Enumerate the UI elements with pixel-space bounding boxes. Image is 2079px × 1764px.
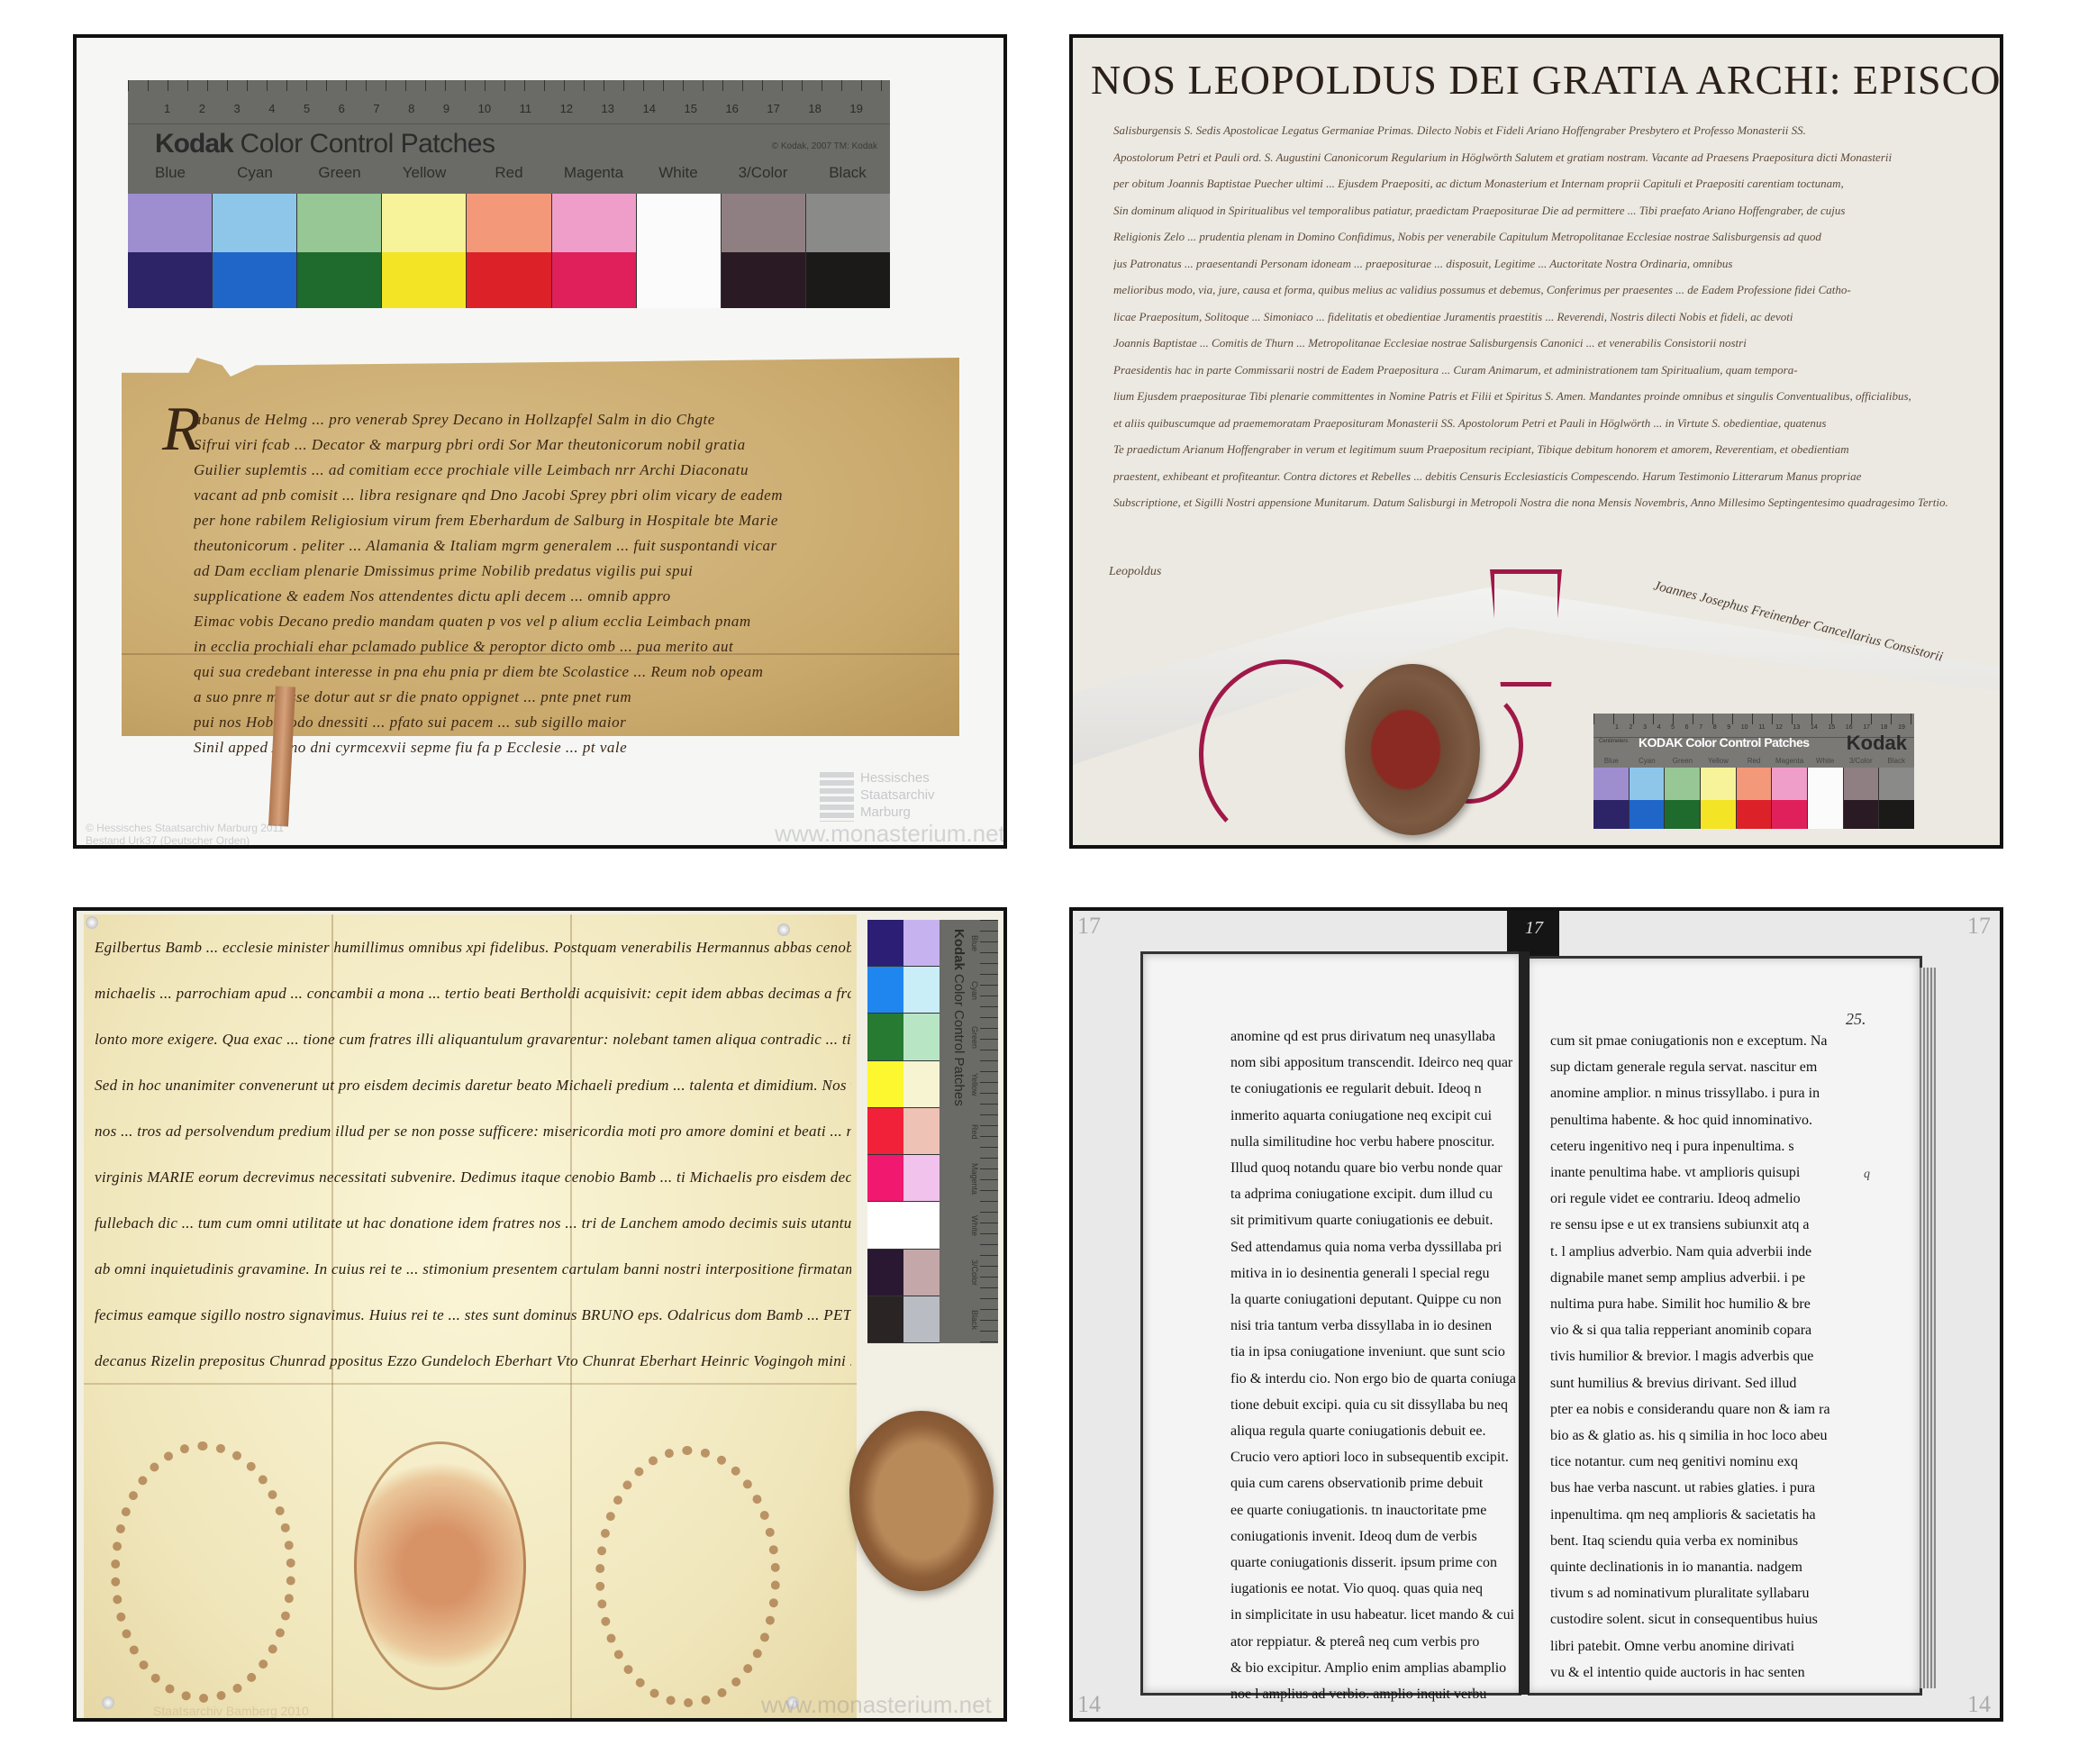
kodak-logo: Kodak bbox=[155, 129, 233, 159]
patch-label: Blue bbox=[1593, 757, 1630, 765]
patch-label: 3/Color bbox=[1843, 757, 1879, 765]
text-line: bent. Itaq sciendu quia verba ex nominib… bbox=[1550, 1528, 1843, 1554]
color-patch bbox=[867, 920, 903, 967]
text-line: t. l amplius adverbio. Nam quia adverbii… bbox=[1550, 1239, 1843, 1265]
text-line: Guilier suplemtis ... ad comitiam ecce p… bbox=[194, 458, 896, 483]
patch-label: Cyan bbox=[965, 967, 979, 1014]
color-patch bbox=[1665, 800, 1701, 829]
ruler-tick-label: 17 bbox=[767, 102, 779, 122]
ruler-tick-label: 9 bbox=[443, 102, 449, 122]
text-line: dignabile manet semp amplius adverbii. i… bbox=[1550, 1265, 1843, 1291]
patch-label: Black bbox=[1879, 757, 1915, 765]
kodak-title: Kodak Color Control Patches bbox=[945, 929, 967, 1334]
left-page-text: anomine qd est prus dirivatum neq unasyl… bbox=[1230, 1023, 1523, 1707]
text-line: re sensu ipse e ut ex transiens subiunxi… bbox=[1550, 1212, 1843, 1238]
panel-charter-salzburg: NOS LEOPOLDUS DEI GRATIA ARCHI: EPISCOPU… bbox=[1069, 34, 2003, 849]
color-patch bbox=[1701, 768, 1737, 800]
watermark-archive: © Hessisches Staatsarchiv Marburg 2011 bbox=[86, 822, 284, 834]
text-line: Religionis Zelo ... prudentia plenam in … bbox=[1113, 223, 1978, 250]
patch-labels: BlueCyanGreenYellowRedMagentaWhite3/Colo… bbox=[128, 164, 890, 182]
color-patch bbox=[722, 194, 806, 252]
color-patch bbox=[867, 1014, 903, 1060]
panel-manuscript-codex: 17 17 14 14 17 25. q anomine qd est prus… bbox=[1069, 907, 2003, 1722]
logo-line: Marburg bbox=[860, 804, 935, 821]
text-line: theutonicorum . peliter ... Alamania & I… bbox=[194, 533, 896, 559]
mounting-pin bbox=[102, 1696, 114, 1709]
text-line: per obitum Joannis Baptistae Puecher ult… bbox=[1113, 170, 1978, 197]
color-patch bbox=[297, 194, 382, 252]
document-title: NOS LEOPOLDUS DEI GRATIA ARCHI: EPISCOPU… bbox=[1091, 56, 2003, 104]
logo-line: Staatsarchiv bbox=[860, 787, 935, 804]
charter-text: Salisburgensis S. Sedis Apostolicae Lega… bbox=[1113, 117, 1978, 516]
text-line: michaelis ... parrochiam apud ... concam… bbox=[95, 970, 851, 1016]
spine-mark: 17 bbox=[1525, 918, 1543, 939]
color-patch bbox=[1737, 800, 1773, 829]
text-line: in simplicitate in usu habeatur. licet m… bbox=[1230, 1602, 1523, 1628]
patch-label: 3/Color bbox=[721, 164, 805, 182]
patch-row-light bbox=[1593, 768, 1914, 800]
kodak-title: KODAK Color Control Patches bbox=[1639, 735, 1810, 750]
color-patch bbox=[552, 194, 637, 252]
text-line: nos ... tros ad persolvendum predium ill… bbox=[95, 1108, 851, 1154]
text-line: inpenultima. qm neq amplioris & sacietat… bbox=[1550, 1502, 1843, 1528]
ruler-tick-label: 15 bbox=[684, 102, 696, 122]
watermark-url: www.monasterium.net bbox=[761, 1691, 992, 1719]
text-line: fio & interdu cio. Non ergo bio de quart… bbox=[1230, 1366, 1523, 1392]
text-line: Apostolorum Petri et Pauli ord. S. Augus… bbox=[1113, 144, 1978, 171]
text-line: tice notantur. cum neq genitivi nominu e… bbox=[1550, 1449, 1843, 1475]
color-patch bbox=[213, 194, 297, 252]
text-line: pui nos Hob modo dnessiti ... pfato sui … bbox=[194, 710, 896, 735]
text-line: abanus de Helmg ... pro venerab Sprey De… bbox=[194, 407, 896, 432]
charter-text: Egilbertus Bamb ... ecclesie minister hu… bbox=[95, 924, 851, 1384]
text-line: iugationis ee notat. Vio quoq. quas quia… bbox=[1230, 1576, 1523, 1602]
color-patch bbox=[1593, 768, 1630, 800]
color-patch bbox=[867, 1202, 903, 1249]
wax-seal-pointed-oval bbox=[849, 1411, 994, 1591]
text-line: quia cum carens observationib prime debu… bbox=[1230, 1470, 1523, 1496]
text-line: fullebach dic ... tum cum omni utilitate… bbox=[95, 1200, 851, 1246]
text-line: Crucio vero aptiori loco in subsequentib… bbox=[1230, 1444, 1523, 1470]
seal-stain-ring bbox=[595, 1446, 780, 1707]
text-line: Sifrui viri fcab ... Decator & marpurg p… bbox=[194, 432, 896, 458]
seal-stain-ring bbox=[111, 1441, 295, 1703]
color-patch bbox=[1630, 800, 1666, 829]
corner-mark: 14 bbox=[1077, 1691, 1101, 1718]
ruler-tick-label: 12 bbox=[560, 102, 573, 122]
color-patch bbox=[213, 252, 297, 308]
text-line: ceteru ingenitivo neq i pura inpenultima… bbox=[1550, 1133, 1843, 1159]
text-line: inante penultima habe. vt amplioris quis… bbox=[1550, 1159, 1843, 1186]
text-line: penultima habente. & hoc quid innominati… bbox=[1550, 1107, 1843, 1133]
panel-charter-bamberg: Egilbertus Bamb ... ecclesie minister hu… bbox=[73, 907, 1007, 1722]
corner-mark: 17 bbox=[1967, 913, 1991, 940]
color-patch bbox=[867, 1108, 903, 1155]
color-patch bbox=[903, 967, 940, 1014]
color-patch bbox=[297, 252, 382, 308]
text-line: Illud quoq notandu quare bio verbu nonde… bbox=[1230, 1155, 1523, 1181]
text-line: te coniugationis ee regularit debuit. Id… bbox=[1230, 1076, 1523, 1102]
text-line: supplicatione & eadem Nos attendentes di… bbox=[194, 584, 896, 609]
ruler-tick-label: 1 bbox=[164, 102, 170, 122]
patch-label: White bbox=[1807, 757, 1843, 765]
color-patch bbox=[1879, 768, 1914, 800]
color-patch bbox=[903, 1014, 940, 1060]
color-patch bbox=[1701, 800, 1737, 829]
color-patch bbox=[867, 1061, 903, 1108]
color-patch bbox=[1772, 800, 1808, 829]
patch-label: Red bbox=[965, 1108, 979, 1155]
text-line: anomine amplior. n minus trissyllabo. i … bbox=[1550, 1080, 1843, 1106]
text-line: nulla similitudine hoc verbu habere pnos… bbox=[1230, 1129, 1523, 1155]
ruler-unit-label: Centimeters bbox=[1599, 739, 1628, 744]
text-line: tivis humilior & brevior. l magis adverb… bbox=[1550, 1343, 1843, 1369]
ruler-tick-label: 13 bbox=[1793, 724, 1801, 735]
patch-row-dark bbox=[128, 252, 890, 308]
color-patch bbox=[903, 920, 940, 967]
text-line: vacant ad pnb comisit ... libra resignar… bbox=[194, 483, 896, 508]
color-patch bbox=[637, 194, 722, 252]
text-line: Sinil apped Anno dni cyrmcexvii sepme fi… bbox=[194, 735, 896, 760]
color-patch bbox=[1737, 768, 1773, 800]
text-line: Joannis Baptistae ... Comitis de Thurn .… bbox=[1113, 330, 1978, 357]
patch-row-light bbox=[128, 194, 890, 252]
text-line: Te praedictum Arianum Hoffengraber in ve… bbox=[1113, 436, 1978, 463]
color-patch bbox=[722, 252, 806, 308]
text-line: tia in ipsa coniugatione inveniunt. que … bbox=[1230, 1339, 1523, 1365]
text-line: nultima pura habe. Similit hoc humilio &… bbox=[1550, 1291, 1843, 1317]
ruler-tick-label: 10 bbox=[478, 102, 491, 122]
wax-seal-capsule bbox=[1345, 664, 1480, 835]
color-patch bbox=[867, 1250, 903, 1296]
ruler-tick-label: 7 bbox=[373, 102, 379, 122]
ruler-tick-label: 3 bbox=[233, 102, 240, 122]
ruler-tick-label: 6 bbox=[339, 102, 345, 122]
patch-label: Red bbox=[1736, 757, 1772, 765]
text-line: tione debuit excipi. quia cu sit dissyll… bbox=[1230, 1392, 1523, 1418]
text-line: ad Dam eccliam plenarie Dmissimus prime … bbox=[194, 559, 896, 584]
ruler-ticks: 12345678910111213141516171819 bbox=[128, 102, 890, 122]
color-patch bbox=[1630, 768, 1666, 800]
color-patch bbox=[552, 252, 637, 308]
corner-mark: 14 bbox=[1967, 1691, 1991, 1718]
kodak-copyright: © Kodak, 2007 TM: Kodak bbox=[772, 141, 877, 151]
color-patch bbox=[467, 194, 551, 252]
patch-column-light bbox=[903, 920, 940, 1343]
text-line: Sed in hoc unanimiter convenerunt ut pro… bbox=[95, 1062, 851, 1108]
logo-line: Hessisches bbox=[860, 769, 935, 787]
text-line: nisi tria tantum verba dissyllaba in io … bbox=[1230, 1313, 1523, 1339]
patch-label: Cyan bbox=[1630, 757, 1666, 765]
patch-label: Blue bbox=[965, 920, 979, 967]
patch-label: Green bbox=[1665, 757, 1701, 765]
seal-stain-center bbox=[354, 1441, 526, 1690]
text-line: aliqua regula quarte coniugationis debui… bbox=[1230, 1418, 1523, 1444]
ruler-tick-label: 5 bbox=[304, 102, 310, 122]
ruler-tick-label: 7 bbox=[1699, 724, 1702, 735]
ruler: 12345678910111213141516171819 bbox=[128, 80, 890, 124]
hessen-coat-of-arms-icon bbox=[820, 772, 854, 822]
kodak-brand: Kodak Color Control Patches bbox=[155, 129, 495, 159]
text-line: Salisburgensis S. Sedis Apostolicae Lega… bbox=[1113, 117, 1978, 144]
color-patch bbox=[903, 1061, 940, 1108]
color-patch bbox=[382, 194, 467, 252]
ruler-tick-label: 11 bbox=[520, 102, 532, 122]
color-patch bbox=[903, 1108, 940, 1155]
text-line: la quarte coniugationi deputant. Quippe … bbox=[1230, 1287, 1523, 1313]
text-line: Eimac vobis Decano predio mandam quaten … bbox=[194, 609, 896, 634]
patch-label: Yellow bbox=[1701, 757, 1737, 765]
patch-label: Cyan bbox=[213, 164, 297, 182]
text-line: nom sibi appositum transcendit. Ideirco … bbox=[1230, 1050, 1523, 1076]
ruler-tick-label: 13 bbox=[602, 102, 614, 122]
ruler-tick-label: 3 bbox=[1643, 724, 1647, 735]
color-patch bbox=[806, 252, 890, 308]
text-line: per hone rabilem Religiosium virum frem … bbox=[194, 508, 896, 533]
patch-label: Magenta bbox=[965, 1155, 979, 1202]
text-line: qui sua credebant interesse in pna ehu p… bbox=[194, 659, 896, 685]
text-line: jus Patronatus ... praesentandi Personam… bbox=[1113, 250, 1978, 277]
ruler-tick-label: 1 bbox=[1615, 724, 1619, 735]
color-patch bbox=[1665, 768, 1701, 800]
text-line: Sin dominum aliquod in Spiritualibus vel… bbox=[1113, 197, 1978, 224]
text-line: cum sit pmae coniugationis non e exceptu… bbox=[1550, 1028, 1843, 1054]
text-line: noe l amplius ad verbio. amplio inquit v… bbox=[1230, 1681, 1523, 1707]
text-line: sup dictam generale regula servat. nasci… bbox=[1550, 1054, 1843, 1080]
ruler-tick-label: 12 bbox=[1775, 724, 1783, 735]
folio-number: 25. bbox=[1846, 1010, 1866, 1029]
color-patch bbox=[867, 967, 903, 1014]
ruler-tick-label: 16 bbox=[725, 102, 738, 122]
text-line: ta adprima coniugatione excipit. dum ill… bbox=[1230, 1181, 1523, 1207]
patch-label: Black bbox=[805, 164, 890, 182]
text-line: mitiva in io desinentia generali l speci… bbox=[1230, 1260, 1523, 1287]
color-patch bbox=[903, 1202, 940, 1249]
patch-label: Green bbox=[297, 164, 382, 182]
ruler-tick-label: 2 bbox=[199, 102, 205, 122]
patch-label: Green bbox=[965, 1014, 979, 1060]
text-line: Sed attendamus quia noma verba dyssillab… bbox=[1230, 1234, 1523, 1260]
text-line: libri patebit. Omne verbu anomine diriva… bbox=[1550, 1633, 1843, 1659]
ruler-tick-label: 19 bbox=[849, 102, 862, 122]
ruler-tick-label: 18 bbox=[808, 102, 821, 122]
color-patch bbox=[382, 252, 467, 308]
ruler bbox=[980, 920, 998, 1343]
ruler-tick-label: 4 bbox=[1657, 724, 1661, 735]
text-line: pter ea nobis e considerandu quare non &… bbox=[1550, 1396, 1843, 1423]
right-page-text: cum sit pmae coniugationis non e exceptu… bbox=[1550, 1028, 1843, 1686]
color-patch bbox=[806, 194, 890, 252]
text-line: ab omni inquietudinis gravamine. In cuiu… bbox=[95, 1246, 851, 1292]
color-patch bbox=[903, 1250, 940, 1296]
text-line: Subscriptione, et Sigilli Nostri appensi… bbox=[1113, 489, 1978, 516]
ruler-tick-label: 4 bbox=[268, 102, 275, 122]
color-patch bbox=[903, 1296, 940, 1343]
text-line: licae Praepositum, Solitoque ... Simonia… bbox=[1113, 304, 1978, 331]
text-line: a suo pnre mtesse dotur aut sr die pnato… bbox=[194, 685, 896, 710]
color-patch bbox=[1808, 800, 1844, 829]
text-line: coniugationis invenit. Ideoq dum de verb… bbox=[1230, 1523, 1523, 1550]
color-patch bbox=[867, 1155, 903, 1202]
text-line: ori regule videt ee contrariu. Ideoq adm… bbox=[1550, 1186, 1843, 1212]
signature-leopold: Leopoldus bbox=[1109, 565, 1161, 579]
text-line: bio as & glatio as. his q similia in hoc… bbox=[1550, 1423, 1843, 1449]
color-patch bbox=[637, 252, 722, 308]
text-line: quarte coniugationis disserit. ipsum pri… bbox=[1230, 1550, 1523, 1576]
text-line: bus hae verba nascunt. ut rabies glaties… bbox=[1550, 1475, 1843, 1501]
kodak-color-strip: 12345678910111213141516171819 Centimeter… bbox=[1593, 714, 1914, 829]
color-patch bbox=[1593, 800, 1630, 829]
watermark-url: www.monasterium.net bbox=[775, 820, 1005, 848]
patch-label: Magenta bbox=[551, 164, 636, 182]
corner-mark: 17 bbox=[1077, 913, 1101, 940]
text-line: fecimus eamque sigillo nostro signavimus… bbox=[95, 1292, 851, 1338]
patch-label: Black bbox=[965, 1296, 979, 1343]
patch-labels: BlueCyanGreenYellowRedMagentaWhite3/Colo… bbox=[1593, 757, 1914, 765]
ruler-tick-label: 15 bbox=[1828, 724, 1835, 735]
silk-cord-loop bbox=[1490, 569, 1562, 687]
patch-label: Blue bbox=[128, 164, 213, 182]
text-line: tivum s ad nominativum pluralitate sylla… bbox=[1550, 1580, 1843, 1606]
ruler-tick-label: 8 bbox=[1713, 724, 1717, 735]
text-line: quinte declinationis in io manantia. nad… bbox=[1550, 1554, 1843, 1580]
color-patch bbox=[1808, 768, 1844, 800]
patch-label: Magenta bbox=[1772, 757, 1808, 765]
patch-row-dark bbox=[1593, 800, 1914, 829]
color-patch bbox=[128, 194, 213, 252]
text-line: anomine qd est prus dirivatum neq unasyl… bbox=[1230, 1023, 1523, 1050]
color-patch bbox=[128, 252, 213, 308]
text-line: ator reppiatur. & ptereâ neq cum verbis … bbox=[1230, 1629, 1523, 1655]
patch-label: White bbox=[636, 164, 721, 182]
patch-labels: BlueCyanGreenYellowRedMagentaWhite3/Colo… bbox=[965, 920, 979, 1343]
text-line: vio & si qua talia repperiant anominib c… bbox=[1550, 1317, 1843, 1343]
text-line: inmerito aquarta coniugatione neq excipi… bbox=[1230, 1103, 1523, 1129]
text-line: melioribus modo, via, jure, causa et for… bbox=[1113, 277, 1978, 304]
text-line: lonto more exigere. Qua exac ... tione c… bbox=[95, 1016, 851, 1062]
text-line: sit primitivum quarte coniugationis ee d… bbox=[1230, 1207, 1523, 1233]
patch-label: 3/Color bbox=[965, 1250, 979, 1296]
patch-column-dark bbox=[867, 920, 903, 1343]
kodak-color-strip: 12345678910111213141516171819 Kodak Colo… bbox=[128, 80, 890, 308]
watermark-logo-text: Hessisches Staatsarchiv Marburg bbox=[860, 769, 935, 821]
text-line: praestent, exhibeant et profiteantur. Co… bbox=[1113, 463, 1978, 490]
text-line: vu & el intentio quide auctoris in hac s… bbox=[1550, 1659, 1843, 1686]
text-line: sunt humilius & brevius dirivant. Sed il… bbox=[1550, 1370, 1843, 1396]
ruler-tick-label: 5 bbox=[1671, 724, 1675, 735]
color-patch bbox=[1844, 768, 1880, 800]
text-line: et aliis quibuscumque ad praememoratam P… bbox=[1113, 410, 1978, 437]
watermark-fond: Bestand Urk37 (Deutscher Orden) bbox=[86, 834, 250, 847]
charter-text: abanus de Helmg ... pro venerab Sprey De… bbox=[194, 407, 896, 760]
kodak-title: Color Control Patches bbox=[233, 129, 495, 159]
patch-label: Yellow bbox=[382, 164, 467, 182]
margin-note: q bbox=[1864, 1168, 1870, 1182]
color-patch bbox=[1772, 768, 1808, 800]
kodak-logo: Kodak bbox=[1847, 732, 1907, 755]
text-line: decanus Rizelin prepositus Chunrad pposi… bbox=[95, 1338, 851, 1384]
text-line: & bio excipitur. Amplio enim amplias aba… bbox=[1230, 1655, 1523, 1681]
ruler-tick-label: 2 bbox=[1630, 724, 1633, 735]
patch-label: White bbox=[965, 1202, 979, 1249]
color-patch bbox=[867, 1296, 903, 1343]
text-line: Egilbertus Bamb ... ecclesie minister hu… bbox=[95, 924, 851, 970]
watermark-archive: Staatsarchiv Bamberg 2010 bbox=[153, 1704, 309, 1718]
text-line: lium Ejusdem praepositurae Tibi plenarie… bbox=[1113, 383, 1978, 410]
ruler-tick-label: 6 bbox=[1685, 724, 1689, 735]
text-line: Praesidentis hac in parte Commissarii no… bbox=[1113, 357, 1978, 384]
color-patch bbox=[903, 1155, 940, 1202]
color-patch bbox=[1879, 800, 1914, 829]
ruler-tick-label: 11 bbox=[1758, 724, 1765, 735]
panel-charter-marburg: 12345678910111213141516171819 Kodak Colo… bbox=[73, 34, 1007, 849]
color-patch bbox=[467, 252, 551, 308]
ruler-tick-label: 14 bbox=[643, 102, 656, 122]
text-line: custodire solent. sicut in consequentibu… bbox=[1550, 1606, 1843, 1632]
ruler-tick-label: 10 bbox=[1741, 724, 1748, 735]
text-line: in ecclia prochiali ehar pclamado public… bbox=[194, 634, 896, 659]
color-patch bbox=[1844, 800, 1880, 829]
patch-label: Yellow bbox=[965, 1061, 979, 1108]
ruler-tick-label: 9 bbox=[1727, 724, 1730, 735]
text-line: ee quarte coniugationis. tn inauctoritat… bbox=[1230, 1497, 1523, 1523]
patch-label: Red bbox=[467, 164, 551, 182]
kodak-color-strip-vertical: Kodak Color Control Patches BlueCyanGree… bbox=[867, 920, 998, 1343]
ruler-tick-label: 14 bbox=[1811, 724, 1818, 735]
ruler-tick-label: 8 bbox=[408, 102, 414, 122]
text-line: virginis MARIE eorum decrevimus necessit… bbox=[95, 1154, 851, 1200]
